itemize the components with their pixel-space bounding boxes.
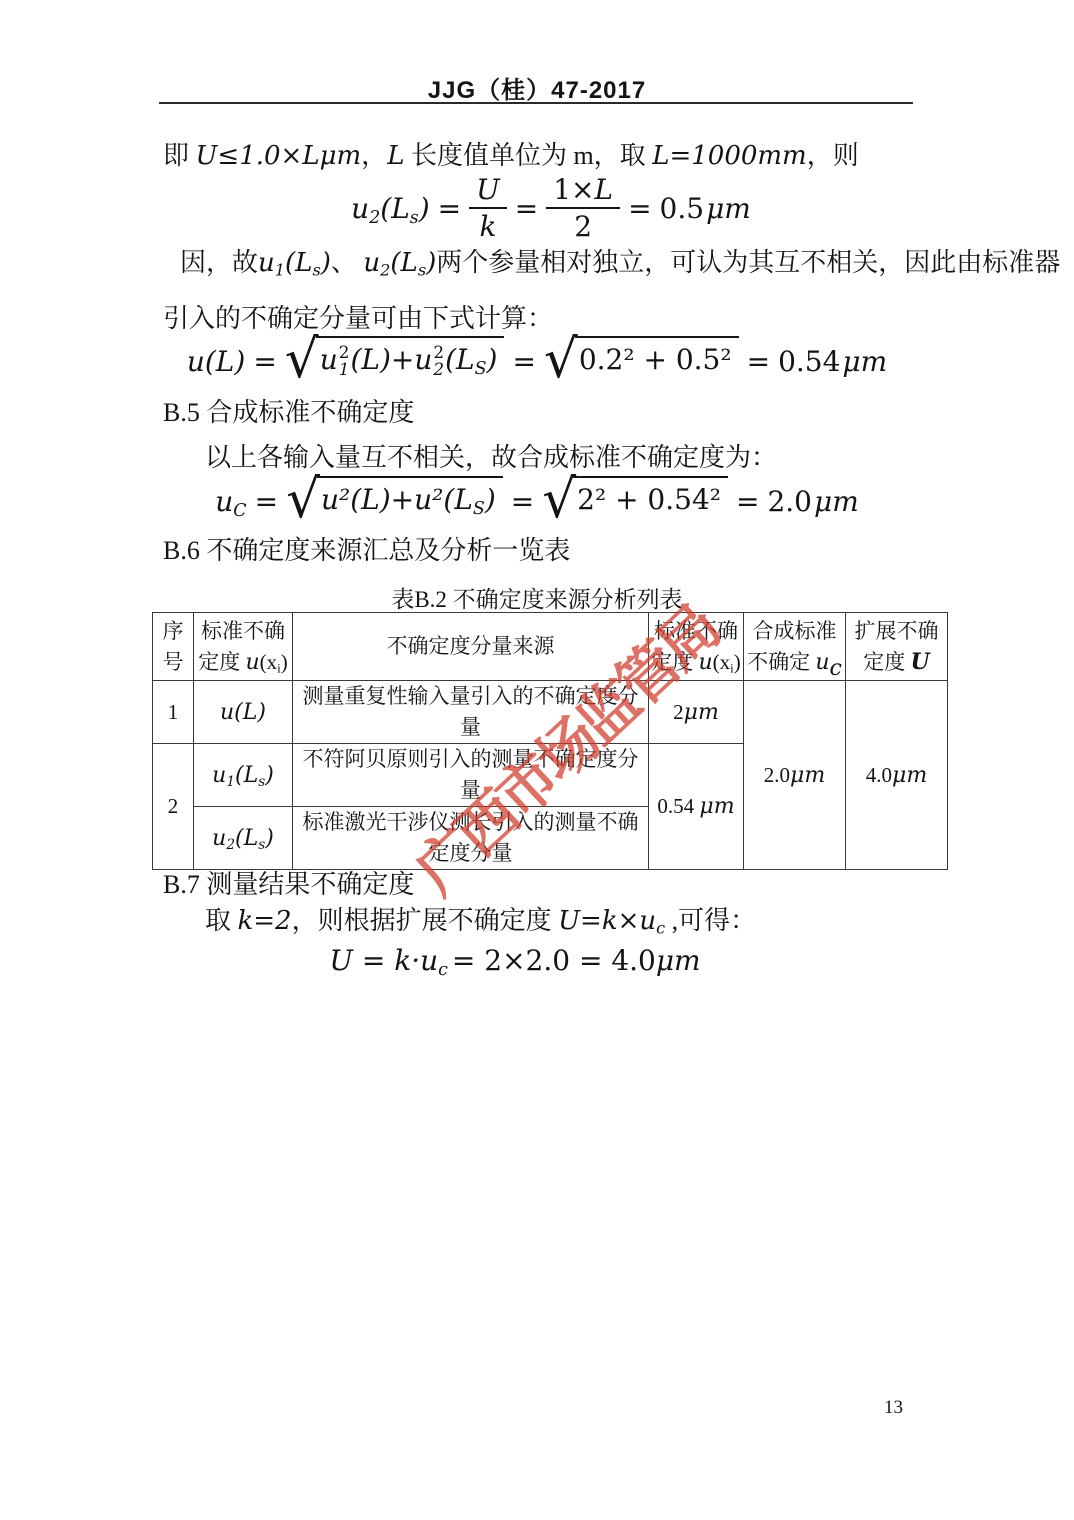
section-heading-b6: B.6 不确定度来源汇总及分析一览表 (163, 534, 570, 568)
formula-result: 2.0 (767, 485, 812, 518)
math-run: u1(Ls) (258, 248, 331, 278)
cell-source: 测量重复性输入量引入的不确定度分量 (293, 681, 649, 744)
cell-symbol: u(L) (194, 681, 293, 744)
text-run: ，则 (807, 141, 859, 170)
text-run: ,可得： (665, 906, 756, 935)
col-header-no: 序号 (153, 613, 194, 681)
sqrt-term: √2² + 0.54² (542, 476, 728, 527)
text-run: 即 (163, 141, 196, 170)
cell-source: 标准激光干涉仪测长引入的测量不确定度分量 (293, 807, 649, 870)
equals-sign: = (511, 485, 534, 518)
formula-uL: u(L) = √u21(L)+u22(LS) = √0.2² + 0.5² = … (0, 330, 1074, 392)
equals-sign: = (512, 345, 535, 378)
cell-value: 0.54 μm (649, 744, 744, 870)
equals-sign: = (628, 192, 651, 225)
sqrt-term: √0.2² + 0.5² (544, 336, 739, 387)
table-caption: 表B.2 不确定度来源分析列表 (0, 581, 1074, 614)
section-heading-b5: B.5 合成标准不确定度 (163, 396, 414, 430)
math-run: L=1000mm (652, 141, 807, 171)
formula-unit: μm (656, 944, 701, 977)
formula-uc: uC = √u²(L)+u²(LS) = √2² + 0.54² = 2.0 μ… (0, 470, 1074, 532)
radical-sign-icon: √ (544, 334, 578, 385)
text-run: 、 (331, 248, 364, 277)
equals-sign: = (255, 485, 278, 518)
paragraph-intro: 即 U≤1.0×Lμm，L 长度值单位为 m，取 L=1000mm，则 (163, 139, 859, 173)
formula-lhs: U = k·uc (329, 944, 448, 977)
paragraph-independence-line1: 因，故u1(Ls)、 u2(Ls)两个参量相对独立，可认为其互不相关，因此由标准… (180, 246, 1060, 280)
section-heading-b7: B.7 测量结果不确定度 (163, 868, 414, 902)
col-header-std-value: 标准不确定度 u(xi) (649, 613, 744, 681)
text-run: ， (361, 141, 387, 170)
equals-sign: = (515, 192, 538, 225)
equals-sign: = (747, 345, 770, 378)
text-run: ，则根据扩展不确定度 (292, 906, 559, 935)
uncertainty-table: 序号 标准不确定度 u(xi) 不确定度分量来源 标准不确定度 u(xi) 合成… (152, 612, 948, 870)
page-number: 13 (884, 1397, 903, 1419)
table-header-row: 序号 标准不确定度 u(xi) 不确定度分量来源 标准不确定度 u(xi) 合成… (153, 613, 948, 681)
text-run: 取 (205, 906, 238, 935)
sqrt-term: √u²(L)+u²(LS) (286, 476, 503, 527)
cell-row-no: 1 (153, 681, 194, 744)
equals-sign: = (438, 192, 461, 225)
col-header-expanded: 扩展不确定度 U (846, 613, 948, 681)
text-run: 两个参量相对独立，可认为其互不相关，因此由标准器 (436, 248, 1060, 277)
math-run: U=k×uc (558, 906, 665, 936)
text-run: 长度值单位为 m，取 (404, 141, 652, 170)
cell-combined-value: 2.0μm (744, 681, 846, 870)
math-run: k=2 (238, 906, 292, 936)
formula-lhs: u(L) (187, 345, 245, 378)
fraction-U-k: Uk (469, 175, 507, 242)
sqrt-term: √u21(L)+u22(LS) (285, 336, 505, 387)
formula-unit: μm (706, 192, 751, 225)
header-rule (159, 102, 913, 104)
radical-sign-icon: √ (285, 334, 319, 385)
radical-sign-icon: √ (542, 474, 576, 525)
math-run: U≤1.0×Lμm (196, 141, 362, 171)
text-run: 因，故 (180, 248, 258, 277)
cell-symbol: u2(Ls) (194, 807, 293, 870)
table-row: 1 u(L) 测量重复性输入量引入的不确定度分量 2μm 2.0μm 4.0μm (153, 681, 948, 744)
fraction-1xL-2: 1×L2 (546, 175, 620, 242)
col-header-source: 不确定度分量来源 (293, 613, 649, 681)
document-page: JJG（桂）47-2017 即 U≤1.0×Lμm，L 长度值单位为 m，取 L… (0, 0, 1074, 1520)
math-run: L (387, 141, 404, 171)
cell-source: 不符阿贝原则引入的测量不确定度分量 (293, 744, 649, 807)
formula-body: = 2×2.0 = 4.0 (452, 944, 656, 977)
col-header-std-symbol: 标准不确定度 u(xi) (194, 613, 293, 681)
doc-code: JJG（桂）47-2017 (0, 70, 1074, 105)
cell-symbol: u1(Ls) (194, 744, 293, 807)
formula-result: 0.5 (660, 192, 705, 225)
math-run: u2(Ls) (363, 248, 436, 278)
formula-unit: μm (814, 485, 859, 518)
paragraph-b7: 取 k=2，则根据扩展不确定度 U=k×uc ,可得： (205, 904, 756, 938)
cell-expanded-value: 4.0μm (846, 681, 948, 870)
formula-expanded-U: U = k·uc = 2×2.0 = 4.0 μm (0, 938, 1052, 982)
cell-value: 2μm (649, 681, 744, 744)
formula-unit: μm (842, 345, 887, 378)
radical-sign-icon: √ (286, 474, 320, 525)
cell-row-no: 2 (153, 744, 194, 870)
formula-lhs: uC (215, 485, 246, 518)
formula-u2Ls: u2(Ls) = Uk = 1×L2 = 0.5 μm (14, 170, 1074, 246)
col-header-combined: 合成标准不确定 uc (744, 613, 846, 681)
formula-result: 0.54 (778, 345, 840, 378)
equals-sign: = (736, 485, 759, 518)
equals-sign: = (253, 345, 276, 378)
formula-lhs: u2(Ls) (351, 192, 429, 225)
text-run: 引入的不确定分量可由下式计算： (163, 304, 553, 333)
